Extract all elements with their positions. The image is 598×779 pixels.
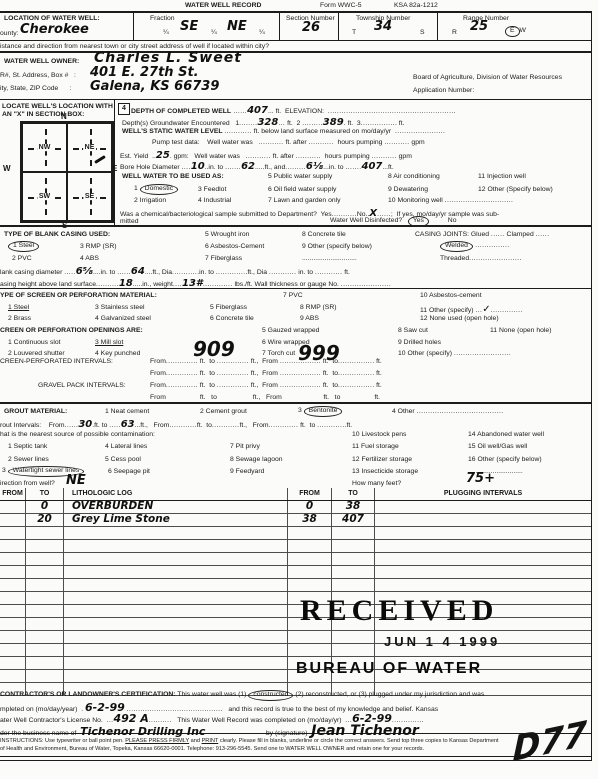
text-segment: ........... <box>172 269 197 276</box>
table-header-cell: TO <box>26 488 64 500</box>
column-divider <box>114 99 115 226</box>
table-cell <box>288 566 332 578</box>
text-segment: ...... <box>65 422 79 429</box>
table-header-cell: TO <box>332 488 375 500</box>
text-segment: .............. <box>166 358 198 365</box>
text-segment: ft. to <box>321 382 338 389</box>
screen-intervals-heading: CREEN-PERFORATED INTERVALS: <box>0 358 113 366</box>
quarter-mark: ¼ <box>259 29 265 37</box>
text-segment: .............................. <box>445 197 514 204</box>
bureau-of-water-stamp: BUREAU OF WATER <box>296 660 482 678</box>
text-segment: in. to <box>296 269 315 276</box>
table-cell <box>0 501 26 513</box>
text-segment: ......... <box>285 164 306 171</box>
text-segment: WELL'S STATIC WATER LEVEL <box>122 128 224 135</box>
text-segment: DEPTH OF COMPLETED WELL <box>131 108 231 115</box>
table-cell <box>375 566 591 578</box>
table-row: 20Grey Lime Stone38407 <box>0 514 591 527</box>
text-segment: ....................... <box>469 255 522 262</box>
county-label: ounty: <box>0 30 19 38</box>
openings-o4: 4 Key punched <box>95 350 140 358</box>
text-segment: Jean Tichenor <box>311 723 419 739</box>
table-cell: 38 <box>288 514 332 526</box>
township-t: T <box>352 29 356 37</box>
table-cell <box>332 644 375 656</box>
table-cell <box>288 527 332 539</box>
text-segment: ft. below land surface measured on mo/da… <box>252 128 395 135</box>
grout-opt-1: 1 Neat cement <box>105 408 149 416</box>
text-segment: ft., From <box>239 422 268 429</box>
text-segment: Clamped <box>505 231 536 238</box>
text-segment: 13# <box>182 278 203 289</box>
contam-o13: 13 Insecticide storage <box>352 468 418 476</box>
text-segment: ............ <box>315 269 342 276</box>
text-segment: ft. after <box>284 139 309 146</box>
quadrant-ne: NE <box>67 123 112 172</box>
text-segment: lbs./ft. Wall thickness or gauge No. <box>233 281 341 288</box>
quadrant-nw: NW <box>22 123 67 172</box>
text-segment: ............... <box>361 120 395 127</box>
table-header-cell: PLUGGING INTERVALS <box>375 488 591 500</box>
table-row <box>0 579 591 592</box>
table-cell <box>288 644 332 656</box>
table-header-cell: FROM <box>288 488 332 500</box>
use-opt-10: 10 Monitoring well .....................… <box>388 197 513 205</box>
fraction-value-1: SE <box>180 19 198 34</box>
table-cell <box>0 618 26 630</box>
casing-opt-7: 7 Fiberglass <box>205 255 242 263</box>
certification-line-4: der the business name of Tichenor Drilli… <box>0 723 419 739</box>
screen-m1-underlined: 1 Steel <box>8 304 29 312</box>
table-row <box>0 631 591 644</box>
openings-heading: CREEN OR PERFORATION OPENINGS ARE: <box>0 327 143 335</box>
quadrant-se-label: SE <box>83 193 96 200</box>
fraction-value-2: NE <box>227 19 247 34</box>
use-opt-11: 11 Injection well <box>478 173 526 181</box>
text-segment: 1 <box>134 185 140 192</box>
table-cell <box>288 540 332 552</box>
text-segment: ............ <box>317 422 344 429</box>
table-cell <box>26 618 64 630</box>
static-water-level-line: WELL'S STATIC WATER LEVEL ............ f… <box>122 128 445 136</box>
casing-opt-5: 5 Wrought iron <box>205 231 249 239</box>
pump-test-line: Pump test data: Well water was .........… <box>152 139 425 147</box>
table-cell <box>0 553 26 565</box>
screen-m11-checked: 11 Other (specify) ...✓.............. <box>420 304 523 315</box>
text-segment: . ft. <box>372 370 381 377</box>
use-opt-6: 6 Oil field water supply <box>268 186 336 194</box>
contam-o2: 2 Sewer lines <box>8 456 49 464</box>
use-opt-12: 12 Other (Specify below) <box>478 186 553 194</box>
text-segment: der the business name of <box>0 730 80 737</box>
direction-label: irection from well? <box>0 480 55 488</box>
text-segment: ft. 2 <box>285 120 302 127</box>
text-segment: 3 <box>2 467 8 474</box>
text-segment: From <box>150 370 166 377</box>
text-segment: of Health and Environment, Bureau of Wat… <box>0 746 424 752</box>
text-segment: 10 Monitoring well <box>388 197 445 204</box>
text-segment: ....ft., Dia <box>145 269 172 276</box>
text-segment: Est. Yield .. <box>120 153 156 160</box>
text-segment: ...................... <box>341 281 391 288</box>
owner-name: Charles L. Sweet <box>94 50 242 66</box>
table-row <box>0 644 591 657</box>
contam-o10: 10 Livestock pens <box>352 431 406 439</box>
text-segment: 6⅝ <box>76 266 93 277</box>
text-segment: ........................................… <box>328 108 456 115</box>
screen-m3: 3 Stainless steel <box>95 304 145 312</box>
text-segment: .... <box>173 281 182 288</box>
contam-o7: 7 Pit privy <box>230 443 260 451</box>
form-number: Form WWC-5 <box>320 2 362 10</box>
casing-opt-9: 9 Other (specify below) <box>302 243 372 251</box>
casing-joints-threaded: Threaded....................... <box>440 255 522 263</box>
text-segment: ...... <box>117 269 131 276</box>
text-segment: ............. <box>269 422 299 429</box>
contam-o8: 8 Sewage lagoon <box>230 456 283 464</box>
table-cell <box>26 553 64 565</box>
text-segment: .............. <box>217 382 249 389</box>
table-cell <box>375 553 591 565</box>
text-segment: ft. to <box>198 358 217 365</box>
text-segment: CASING JOINTS: Glued <box>415 231 491 238</box>
table-cell <box>288 631 332 643</box>
table-cell <box>26 644 64 656</box>
application-number-label: Application Number: <box>413 87 474 95</box>
text-segment: From <box>150 358 166 365</box>
divider <box>0 11 592 13</box>
table-cell <box>26 592 64 604</box>
screen-m2: 2 Brass <box>8 315 31 323</box>
table-cell <box>0 527 26 539</box>
contam-o14: 14 Abandoned water well <box>468 431 544 439</box>
screen-m8: 8 RMP (SR) <box>300 304 337 312</box>
text-segment: 30 <box>78 419 92 430</box>
table-cell <box>0 540 26 552</box>
text-segment: Was a chemical/bacteriological sample su… <box>120 211 332 218</box>
city-value: Galena, KS 66739 <box>90 79 219 94</box>
instructions-line-2: of Health and Environment, Bureau of Wat… <box>0 746 424 752</box>
text-segment: . ft. <box>372 358 381 365</box>
text-segment: CONTRACTOR'S OR LANDOWNER'S CERTIFICATIO… <box>0 691 176 698</box>
owner-label: WATER WELL OWNER: <box>4 58 79 66</box>
feet-label: How many feet? <box>352 480 401 488</box>
text-segment: From <box>150 382 166 389</box>
contam-o11: 11 Fuel storage <box>352 443 399 451</box>
table-cell <box>64 670 288 682</box>
casing-joints-welded-circled: Welded ............... <box>440 241 510 252</box>
use-opt-2: 2 Irrigation <box>134 197 166 205</box>
casing-opt-1-circled: 1 Steel <box>8 241 39 252</box>
text-segment: 3 <box>298 407 304 414</box>
text-segment: ..... <box>109 422 120 429</box>
text-segment: .ft. to <box>92 422 109 429</box>
table-cell <box>64 540 288 552</box>
range-value: 25 <box>470 19 488 34</box>
text-segment: .............. <box>166 382 198 389</box>
quarter-mark: ¼ <box>211 29 217 37</box>
text-segment: and <box>189 738 201 744</box>
table-cell <box>375 579 591 591</box>
text-segment: . ft. <box>372 382 381 389</box>
text-segment: ...................... <box>395 128 445 135</box>
text-segment: ....in. to <box>93 269 117 276</box>
text-segment: ............ <box>224 128 251 135</box>
text-segment: ........... <box>372 153 397 160</box>
table-cell <box>64 631 288 643</box>
text-segment: Pump test data: Well water was <box>152 139 258 146</box>
casing-joints-glued-clamped: CASING JOINTS: Glued ...... Clamped ....… <box>415 231 549 239</box>
text-segment: . gpm: Well water was <box>170 153 246 160</box>
table-cell <box>64 605 288 617</box>
table-cell <box>26 605 64 617</box>
compass-south: S <box>62 221 67 230</box>
openings-o11: 11 None (open hole) <box>490 327 551 335</box>
text-segment: ft., From <box>249 358 280 365</box>
text-segment: ft. to <box>298 422 317 429</box>
text-segment: 328 <box>257 117 278 128</box>
use-opt-5: 5 Public water supply <box>268 173 332 181</box>
table-cell <box>64 592 288 604</box>
text-segment: 4 Other <box>392 408 417 415</box>
table-cell <box>332 579 375 591</box>
table-cell <box>64 579 288 591</box>
casing-opt-6: 6 Asbestos-Cement <box>205 243 264 251</box>
quadrant-sw: SW <box>22 172 67 221</box>
text-segment: ......... <box>302 120 323 127</box>
township-s: S <box>420 29 425 37</box>
text-segment: ...ft., From <box>135 422 170 429</box>
text-segment: ft. to <box>198 370 217 377</box>
use-opt-3: 3 Feedlot <box>198 186 226 194</box>
table-cell: OVERBURDEN <box>64 501 288 513</box>
divider <box>0 760 592 761</box>
divider <box>0 225 592 227</box>
text-segment: PLEASE PRESS FIRMLY <box>125 738 189 744</box>
contam-o1: 1 Septic tank <box>8 443 47 451</box>
handwritten-initials-mark: D77 <box>512 714 587 771</box>
contam-o15: 15 Oil well/Gas well <box>468 443 527 451</box>
sample-mitted: mitted <box>120 218 139 226</box>
text-segment: ...... <box>231 108 247 115</box>
text-segment: 1 Steel <box>8 241 39 252</box>
openings-o7: 7 Torch cut <box>262 350 295 358</box>
text-segment: ...in. to <box>323 164 345 171</box>
grout-opt-2: 2 Cement grout <box>200 408 247 416</box>
text-segment: 407 <box>362 161 383 172</box>
divider <box>0 756 592 757</box>
openings-o3-underlined: 3 Mill slot <box>95 339 123 347</box>
text-segment: ........... <box>309 139 334 146</box>
text-segment: gpm <box>410 139 425 146</box>
text-segment: ...ft. <box>382 164 393 171</box>
table-cell <box>0 514 26 526</box>
text-segment: 10 <box>191 161 205 172</box>
header-divider <box>437 11 438 40</box>
text-segment: 389 <box>323 117 344 128</box>
table-cell <box>332 553 375 565</box>
form-title: WATER WELL RECORD <box>185 2 261 10</box>
table-cell <box>332 566 375 578</box>
text-segment: .............. <box>217 370 249 377</box>
bore-hole-line: Bore Hole Diameter ....10..in. to ......… <box>120 161 394 172</box>
groundwater-line: Depth(s) Groundwater Encountered 1......… <box>122 117 404 128</box>
contam-o5: 5 Cess pool <box>105 456 141 464</box>
casing-heading: TYPE OF BLANK CASING USED: <box>4 231 110 239</box>
text-segment: ............ <box>212 422 239 429</box>
contamination-heading: hat is the nearest source of possible co… <box>0 431 155 439</box>
table-cell: 38 <box>332 501 375 513</box>
text-segment: ....... <box>345 164 361 171</box>
compass-north: N <box>61 112 67 121</box>
table-cell <box>0 592 26 604</box>
board-label: Board of Agriculture, Division of Water … <box>413 74 562 82</box>
text-segment: 6⅛ <box>306 161 323 172</box>
text-segment: rout Intervals: From <box>0 422 65 429</box>
locate-instruction-2: AN "X" IN SECTION BOX: <box>2 111 84 119</box>
casing-opt-2: 2 PVC <box>12 255 32 263</box>
text-segment: ✓ <box>482 304 490 315</box>
text-segment: asing height above land surface <box>0 281 96 288</box>
grout-intervals-line: rout Intervals: From......30.ft. to ....… <box>0 419 352 430</box>
text-segment: .ft. <box>345 422 353 429</box>
gravel-interval-row-1: From.............. ft. to ..............… <box>150 382 382 390</box>
contam-o16: 16 Other (specify below) <box>468 456 542 464</box>
text-segment: ............. <box>203 281 233 288</box>
text-segment: .................. <box>280 370 321 377</box>
use-opt-7: 7 Lawn and garden only <box>268 197 341 205</box>
disinfected-line: Water Well Disinfected? Yes No <box>330 216 456 227</box>
header-divider <box>338 11 339 40</box>
text-segment: Bore Hole Diameter <box>120 164 182 171</box>
text-segment: ........... <box>246 153 271 160</box>
text-segment: ...... <box>491 231 505 238</box>
text-segment: INSTRUCTIONS: Use typewriter or ball poi… <box>0 738 125 744</box>
text-segment: hours pumping <box>334 139 385 146</box>
text-segment: ............... <box>338 370 372 377</box>
right-border <box>591 11 592 761</box>
table-cell: 0 <box>26 501 64 513</box>
text-segment: Threaded <box>440 255 469 262</box>
text-segment: ........... <box>384 139 409 146</box>
text-segment: ft. <box>342 269 350 276</box>
table-cell <box>64 527 288 539</box>
text-segment: .in. to <box>197 269 216 276</box>
grout-opt-4: 4 Other ................................… <box>392 408 504 416</box>
contam-o12: 12 Fertilizer storage <box>352 456 412 464</box>
received-stamp: RECEIVED <box>300 594 498 628</box>
table-cell <box>288 553 332 565</box>
township-value: 34 <box>374 19 392 34</box>
table-row <box>0 527 591 540</box>
openings-o1: 1 Continuous slot <box>8 339 61 347</box>
text-segment: .....in., weight <box>133 281 173 288</box>
text-segment: ............... <box>473 242 510 249</box>
table-cell <box>64 618 288 630</box>
text-segment: ....... <box>225 164 241 171</box>
gravel-interval-row-2: From ft. to ft., From ft. to ft. <box>150 394 380 402</box>
text-segment: .................. <box>280 382 321 389</box>
quadrant-ne-label: NE <box>83 144 97 151</box>
text-segment: hours pumping <box>321 153 372 160</box>
screen-m7: 7 PVC <box>283 292 303 300</box>
openings-o2: 2 Louvered shutter <box>8 350 65 358</box>
instructions-line-1: INSTRUCTIONS: Use typewriter or ball poi… <box>0 738 499 744</box>
header-divider <box>133 11 134 40</box>
text-segment: ........... <box>296 153 321 160</box>
text-segment: ......................... <box>454 350 511 357</box>
text-segment: .............. <box>491 307 523 314</box>
grout-heading: GROUT MATERIAL: <box>4 408 67 416</box>
text-segment: .....ft., and <box>255 164 285 171</box>
text-segment: Depth(s) Groundwater Encountered 1 <box>122 120 239 127</box>
text-segment: clearly. Please fill in blanks, underlin… <box>218 738 498 744</box>
use-opt-4: 4 Industrial <box>198 197 231 205</box>
table-cell <box>26 579 64 591</box>
section-box-diagram: NW NE SW SE <box>20 121 114 223</box>
table-row <box>0 592 591 605</box>
feet-value: 75+ <box>466 471 495 486</box>
text-segment: by (signature) <box>205 730 311 737</box>
text-segment: (2) reconstructed, or (3) plugged under … <box>293 691 484 698</box>
table-row <box>0 605 591 618</box>
compass-east: E <box>112 164 117 173</box>
text-segment: 25 <box>156 150 170 161</box>
table-row <box>0 566 591 579</box>
table-cell <box>332 527 375 539</box>
text-segment: .... <box>182 164 191 171</box>
gravel-pack-heading: GRAVEL PACK INTERVALS: <box>38 382 126 390</box>
text-segment: 407 <box>247 105 268 116</box>
text-segment: .................. <box>280 358 321 365</box>
table-header-cell: FROM <box>0 488 26 500</box>
text-segment: ............ <box>269 269 296 276</box>
table-cell <box>375 514 591 526</box>
text-segment: ...................................... <box>417 408 504 415</box>
casing-opt-8: 8 Concrete tile <box>302 231 346 239</box>
table-cell <box>375 501 591 513</box>
received-date-stamp: JUN 1 4 1999 <box>384 634 500 649</box>
contam-o9: 9 Feedyard <box>230 468 264 476</box>
text-segment: ft., From <box>249 382 280 389</box>
text-segment: Tichenor Drilling Inc <box>80 725 205 738</box>
text-segment: Water Well Disinfected? <box>330 217 408 224</box>
table-row <box>0 553 591 566</box>
text-segment: . ft. 3 <box>344 120 361 127</box>
table-cell <box>26 631 64 643</box>
fraction-label: Fraction <box>150 15 175 23</box>
text-segment: .......... <box>96 281 119 288</box>
use-heading: WELL WATER TO BE USED AS: <box>122 173 224 181</box>
table-cell <box>64 566 288 578</box>
text-segment: 64 <box>131 266 145 277</box>
table-header-cell: LITHOLOGIC LOG <box>64 488 288 500</box>
openings-o10: 10 Other (specify) .....................… <box>398 350 511 358</box>
table-cell <box>26 657 64 669</box>
table-cell <box>26 670 64 682</box>
screen-m6: 6 Concrete tile <box>210 315 254 323</box>
casing-diameter-line: lank casing diameter .....6⅝....in. to .… <box>0 266 350 277</box>
openings-o8: 8 Saw cut <box>398 327 428 335</box>
table-cell <box>0 579 26 591</box>
use-opt-9: 9 Dewatering <box>388 186 428 194</box>
text-segment: Bentonite <box>304 406 343 417</box>
openings-o9: 9 Drilled holes <box>398 339 441 347</box>
text-segment: ft., From <box>249 370 280 377</box>
text-segment: constructed <box>248 690 293 701</box>
text-segment: Domestic <box>140 184 178 195</box>
text-segment: This water well was (1) <box>176 691 249 698</box>
